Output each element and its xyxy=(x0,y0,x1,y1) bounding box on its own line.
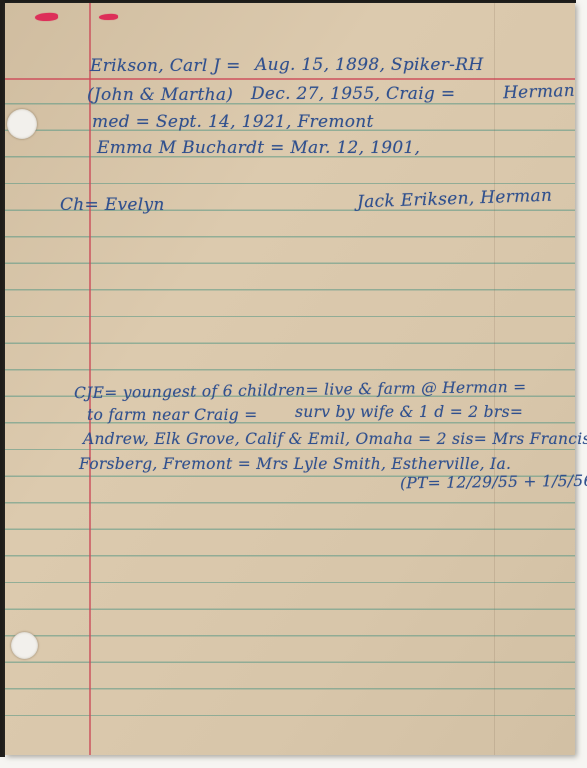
left-margin-line xyxy=(89,3,91,755)
paper-sheet: Erikson, Carl J = Aug. 15, 1898, Spiker-… xyxy=(5,3,575,755)
bio-line-2b: surv by wife & 1 d = 2 brs= xyxy=(295,403,523,421)
entry-birth: Aug. 15, 1898, Spiker-RH xyxy=(255,55,483,75)
bio-citation: (PT= 12/29/55 + 1/5/56) xyxy=(400,472,587,493)
entry-death: Dec. 27, 1955, Craig = xyxy=(251,84,455,104)
entry-parents: (John & Martha) xyxy=(87,85,233,105)
scanned-page: Erikson, Carl J = Aug. 15, 1898, Spiker-… xyxy=(0,0,587,768)
bio-line-4: Forsberg, Fremont = Mrs Lyle Smith, Esth… xyxy=(79,455,511,473)
hole-punch-icon xyxy=(11,632,38,659)
entry-name: Erikson, Carl J = xyxy=(90,56,241,76)
hole-punch-icon xyxy=(7,109,37,139)
entry-marriage: med = Sept. 14, 1921, Fremont xyxy=(92,112,374,132)
bio-line-3: Andrew, Elk Grove, Calif & Emil, Omaha =… xyxy=(83,430,587,448)
entry-death-note: Herman xyxy=(503,81,576,104)
entry-children: Ch= Evelyn xyxy=(60,195,165,215)
red-check-mark-icon xyxy=(99,14,118,21)
red-check-mark-icon xyxy=(35,12,58,21)
entry-spouse: Emma M Buchardt = Mar. 12, 1901, xyxy=(97,138,420,158)
bio-line-2a: to farm near Craig = xyxy=(87,406,258,424)
